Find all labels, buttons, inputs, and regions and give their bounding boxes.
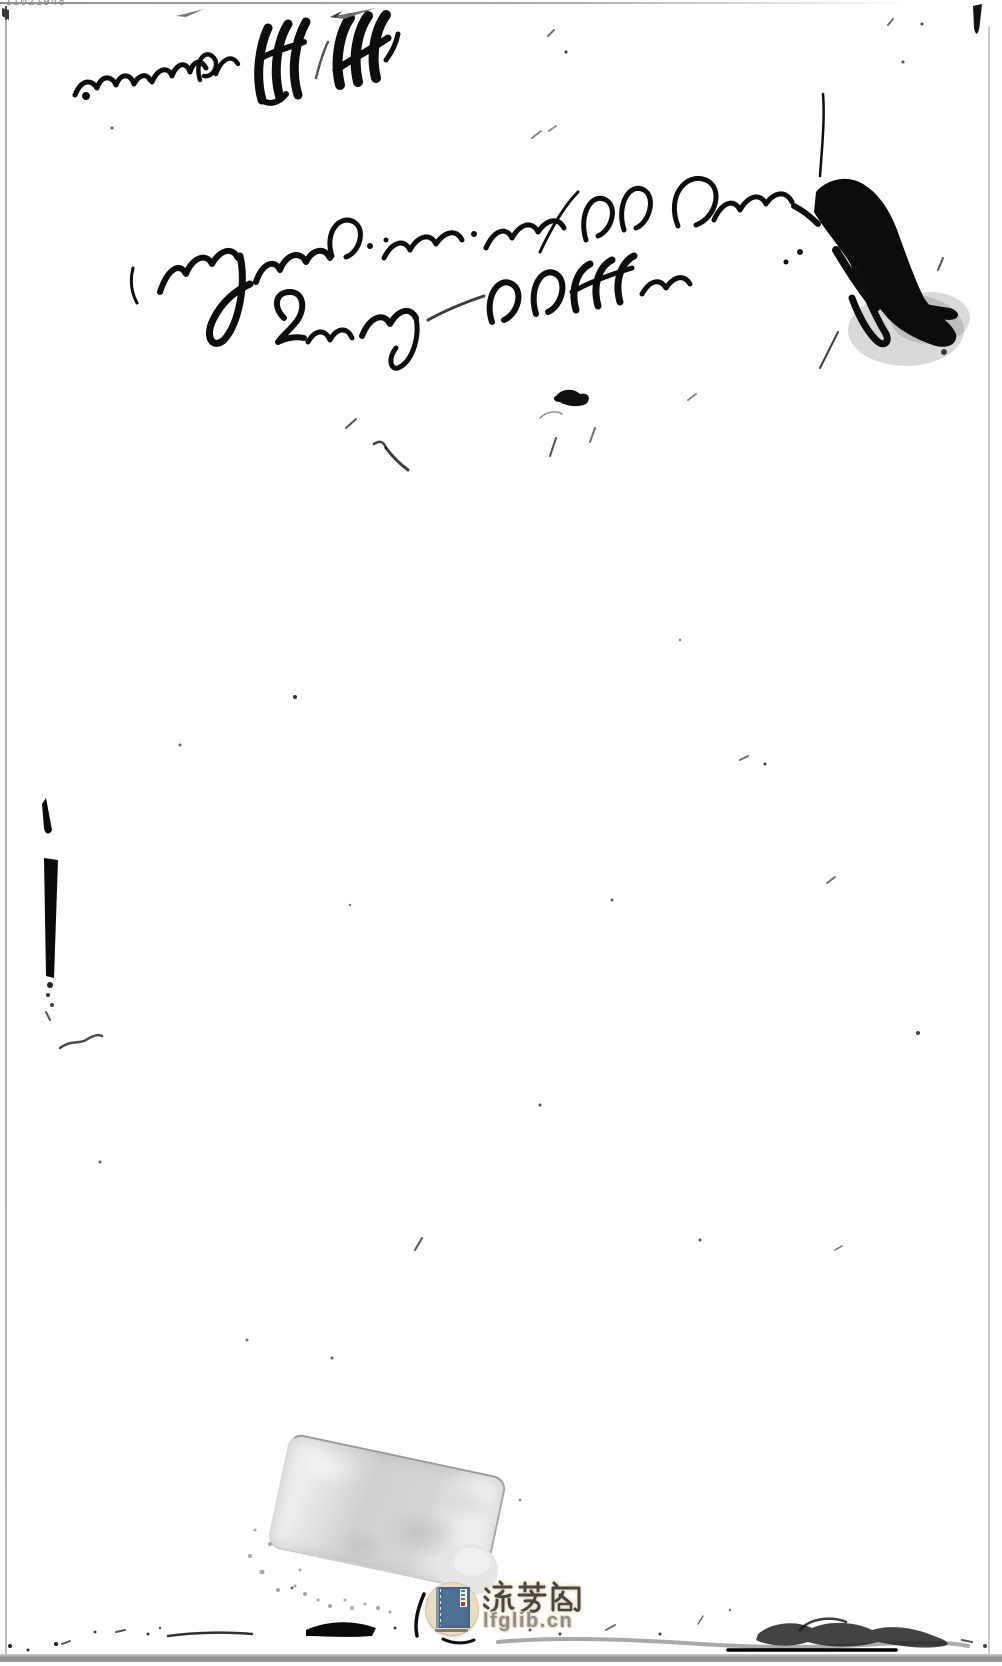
book-title-label — [460, 1589, 467, 1607]
signature-handwriting — [75, 15, 556, 138]
watermark-site-url: lfglib.cn — [483, 1610, 573, 1633]
book-label-text-marks — [461, 1590, 465, 1600]
ink-specks — [60, 8, 924, 1360]
handwriting-ink-layer — [0, 0, 1002, 1666]
scanned-manuscript-page: 11021948 — [0, 0, 1002, 1666]
book-icon — [436, 1587, 470, 1628]
edge-marks — [2, 4, 982, 1020]
book-shadow — [435, 1629, 468, 1632]
watermark-site-name — [483, 1580, 583, 1614]
mirrored-handwriting-line-2 — [277, 256, 690, 368]
book-stitch-decoration — [440, 1589, 441, 1626]
watermark-badge — [426, 1583, 478, 1635]
ink-blot — [784, 94, 971, 368]
book-label-red-seal — [461, 1602, 465, 1606]
mirrored-handwriting-line-1 — [131, 178, 818, 343]
